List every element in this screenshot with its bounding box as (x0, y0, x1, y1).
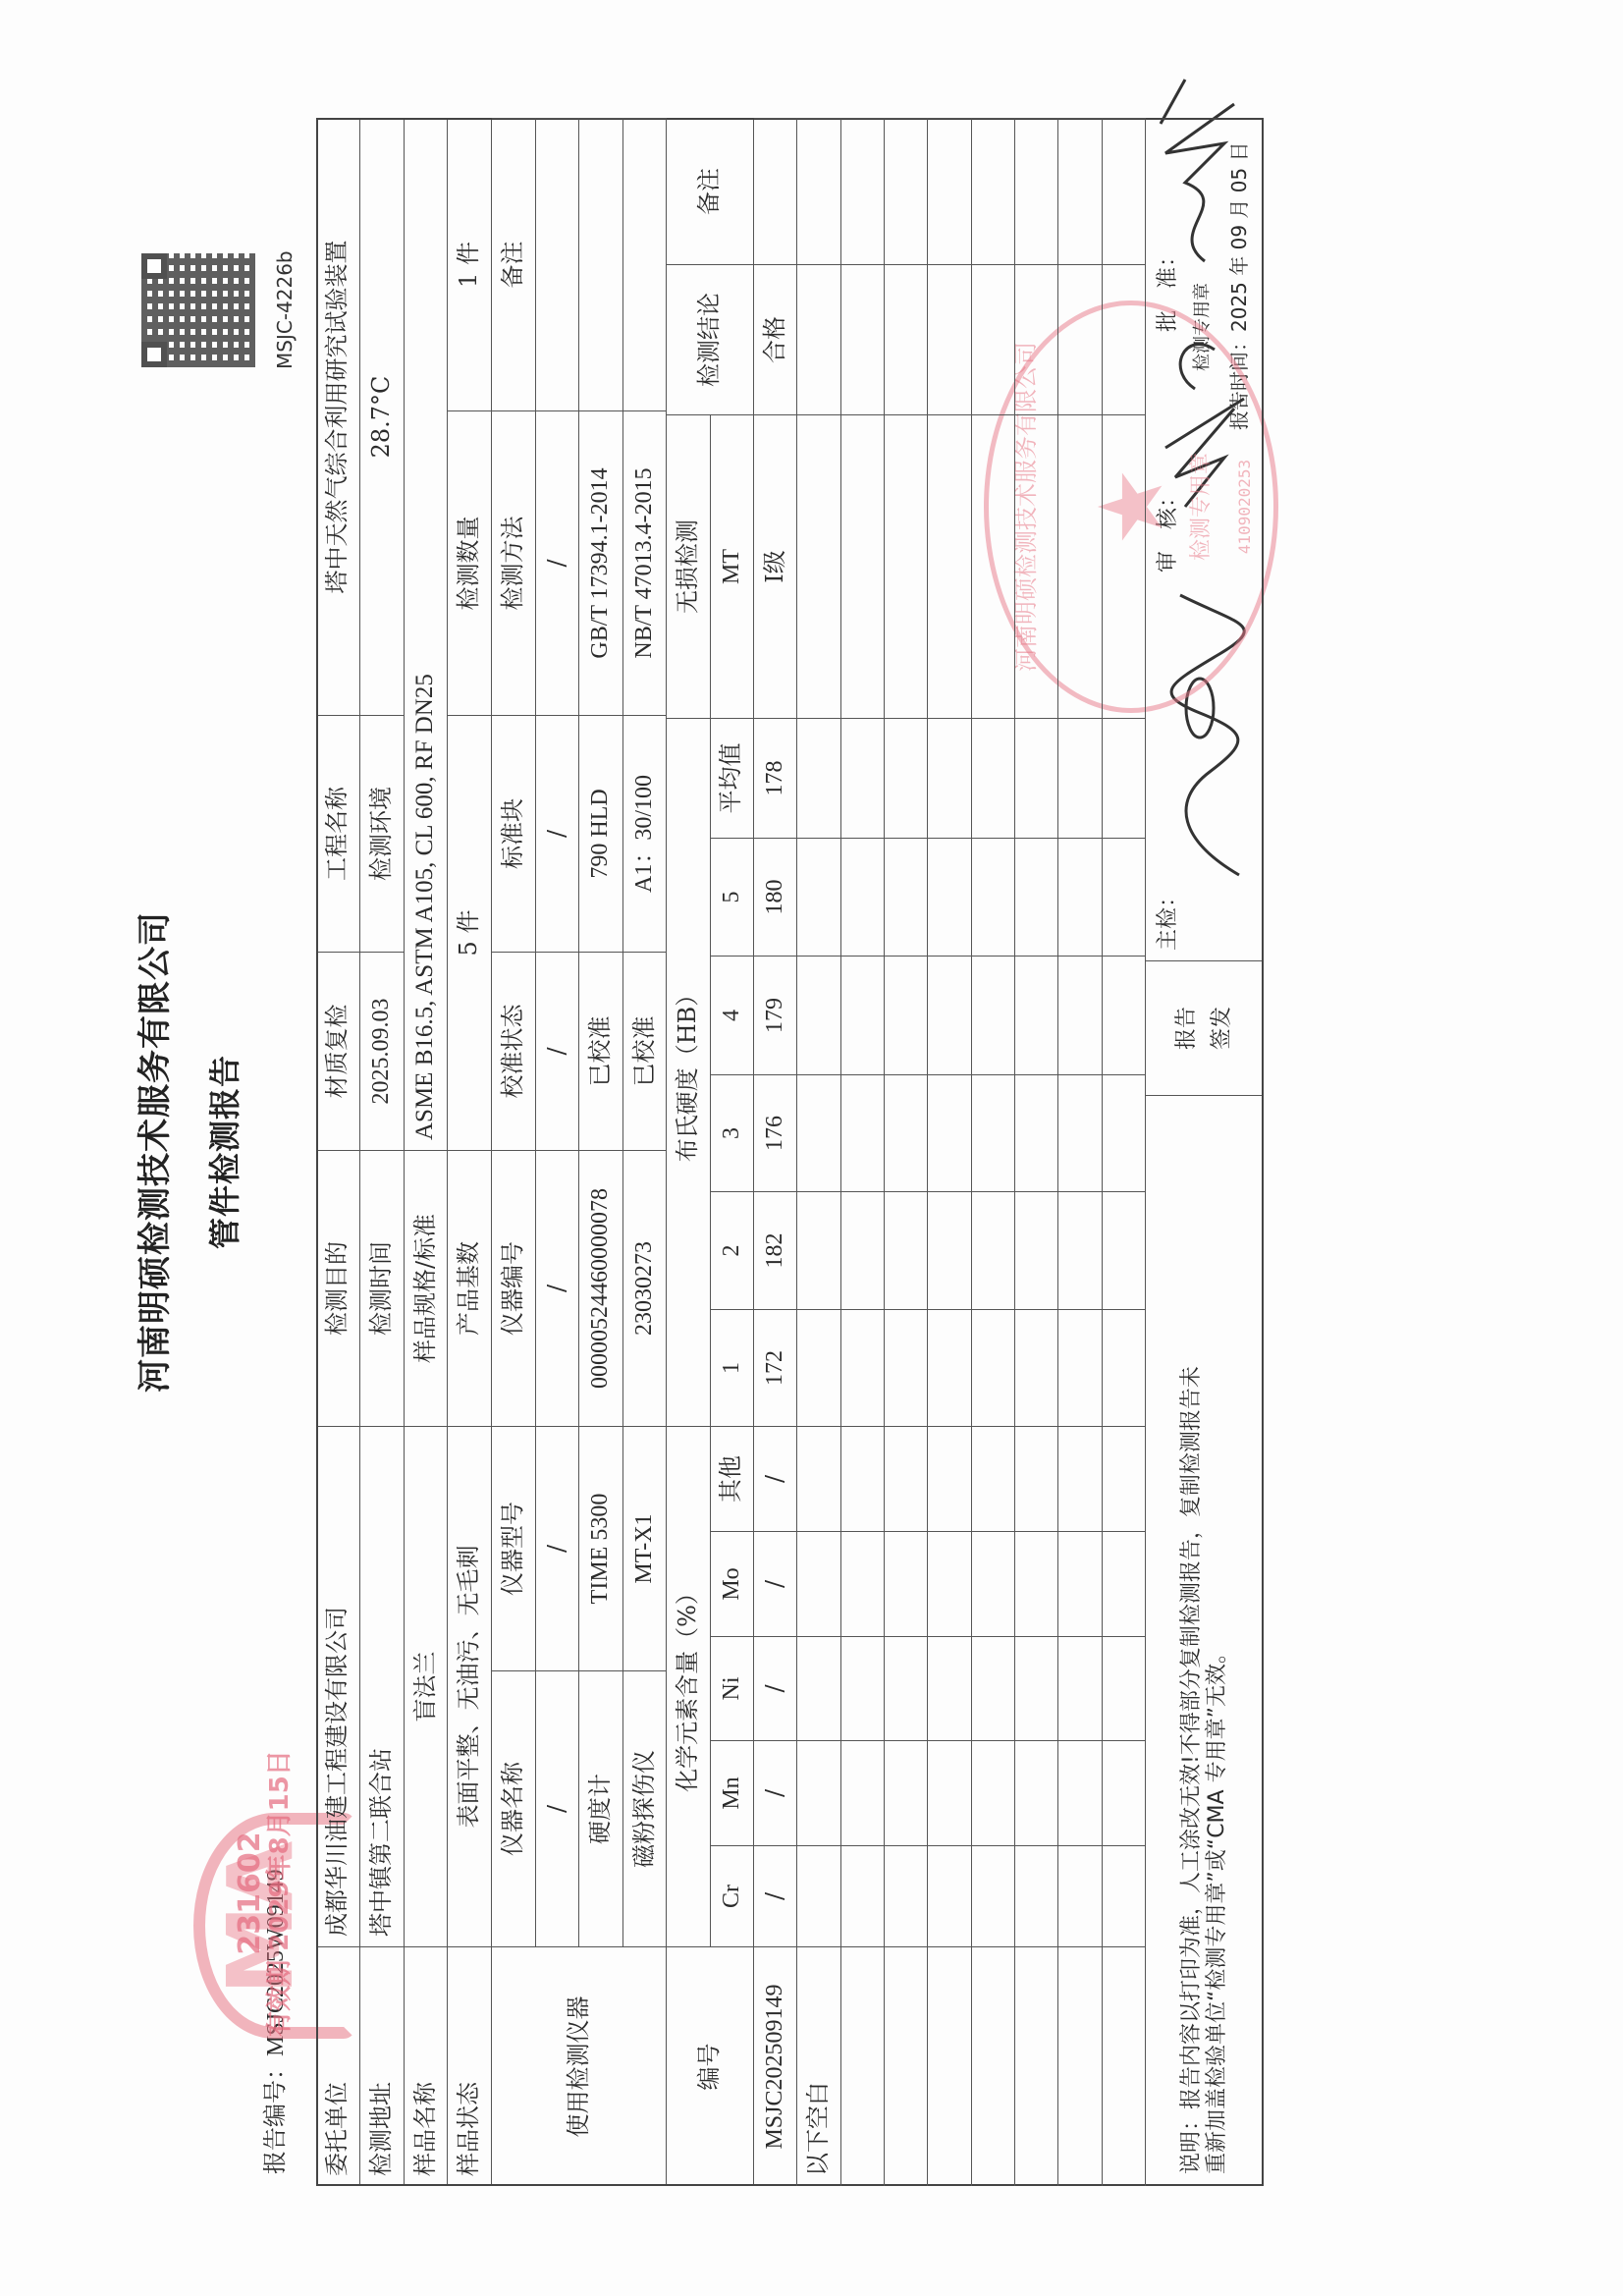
empty-row-cell (841, 1845, 885, 1946)
result-cell: MSJC202509149 (754, 1946, 797, 2186)
cma-stamp-text: 231602 有效期 2029年8月15日 (234, 1736, 295, 2050)
empty-row-cell (1103, 1309, 1146, 1426)
result-cell: 176 (754, 1074, 797, 1191)
empty-row-cell (1015, 956, 1058, 1074)
report-number-label: 报告编号： (261, 2056, 289, 2174)
spec-value: ASME B16.5, ASTM A105, CL 600, RF DN25 (405, 118, 448, 1150)
empty-row-cell (1058, 118, 1103, 264)
empty-row-cell (841, 838, 885, 956)
cma-number: 231602 (234, 1736, 266, 2050)
blank-note-row-cell (797, 838, 841, 956)
instrument-cell: NB/T 47013.4-2015 (623, 410, 667, 715)
result-cell: / (754, 1740, 797, 1845)
empty-row-cell (1103, 838, 1146, 956)
empty-row-cell (1015, 264, 1058, 414)
quantity-label: 检测数量 (448, 410, 492, 715)
empty-row-cell (972, 1740, 1015, 1845)
hardness-col-header: 1 (711, 1309, 754, 1426)
instrument-header: 仪器名称 (492, 1670, 536, 1946)
project-label: 工程名称 (316, 715, 360, 952)
empty-row-cell (972, 1426, 1015, 1531)
empty-row-cell (972, 1309, 1015, 1426)
instrument-header: 标准块 (492, 715, 536, 952)
report-document: 河南明硕检测技术服务有限公司 管件检测报告 报告编号：MSJC2025W0914… (316, 118, 1264, 2186)
instrument-cell (536, 118, 579, 410)
empty-row-cell (972, 414, 1015, 718)
result-cell (754, 118, 797, 264)
blank-note-row-cell (797, 1845, 841, 1946)
empty-row-cell (841, 1426, 885, 1531)
empty-row-cell (928, 1191, 972, 1309)
chem-col-header: 其他 (711, 1426, 754, 1531)
empty-row-cell (972, 1845, 1015, 1946)
empty-row-cell (1058, 1946, 1103, 2186)
empty-row-cell (928, 264, 972, 414)
empty-row-cell (1058, 838, 1103, 956)
instrument-cell: GB/T 17394.1-2014 (579, 410, 623, 715)
result-cell: / (754, 1636, 797, 1740)
result-cell: / (754, 1845, 797, 1946)
hardness-col-header: 平均值 (711, 718, 754, 838)
client-value: 成都华川油建工程建设有限公司 (316, 1426, 360, 1946)
blank-note-row-cell (797, 1074, 841, 1191)
spec-label: 样品规格/标准 (405, 1150, 448, 1426)
empty-row-cell (1103, 956, 1146, 1074)
instrument-cell: A1：30/100 (623, 715, 667, 952)
cma-validity: 有效期 2029年8月15日 (266, 1736, 295, 2050)
result-cell: / (754, 1531, 797, 1636)
empty-row-cell (841, 1531, 885, 1636)
empty-row-cell (972, 264, 1015, 414)
empty-row-cell (928, 1426, 972, 1531)
purpose-value: 材质复检 (316, 952, 360, 1150)
result-cell: 182 (754, 1191, 797, 1309)
empty-row-cell (1103, 1426, 1146, 1531)
empty-row-cell (1058, 1074, 1103, 1191)
empty-row-cell (1015, 118, 1058, 264)
empty-row-cell (1015, 1074, 1058, 1191)
result-cell: 172 (754, 1309, 797, 1426)
instrument-cell (623, 118, 667, 410)
empty-row-cell (928, 1946, 972, 2186)
instrument-cell: 00000524460000078 (579, 1150, 623, 1426)
instrument-cell: 已校准 (579, 952, 623, 1150)
result-cell: 178 (754, 718, 797, 838)
project-value: 塔中天然气综合利用研究试验装置 (316, 118, 360, 715)
instrument-header: 校准状态 (492, 952, 536, 1150)
empty-row-cell (1103, 118, 1146, 264)
blank-note-row-cell (797, 414, 841, 718)
blank-note-row-cell (797, 956, 841, 1074)
empty-row-cell (1103, 718, 1146, 838)
empty-row-cell (841, 956, 885, 1074)
instrument-header: 检测方法 (492, 410, 536, 715)
environment-value: 28.7°C (360, 118, 405, 715)
hardness-col-header: 5 (711, 838, 754, 956)
empty-row-cell (1015, 838, 1058, 956)
empty-row-cell (841, 1636, 885, 1740)
blank-note-row-cell (797, 718, 841, 838)
result-cell: I级 (754, 414, 797, 718)
empty-row-cell (928, 718, 972, 838)
empty-row-cell (1058, 1426, 1103, 1531)
sample-state-value: 表面平整、无油污、无毛刺 (448, 1426, 492, 1946)
instrument-cell: 790 HLD (579, 715, 623, 952)
blank-note-row-cell (797, 1426, 841, 1531)
empty-row-cell (1103, 1740, 1146, 1845)
ndt-header: 无损检测 (667, 414, 711, 718)
empty-row-cell (1015, 1845, 1058, 1946)
approver-signature (1146, 75, 1254, 271)
empty-row-cell (928, 414, 972, 718)
notes: 说明：报告内容以打印为准，人工涂改无效!不得部分复制检测报告，复制检测报告未 重… (1146, 1095, 1264, 2186)
product-base-value: 5 件 (448, 715, 492, 1150)
result-cell: / (754, 1426, 797, 1531)
empty-row-cell (841, 118, 885, 264)
result-cell: 179 (754, 956, 797, 1074)
empty-row-cell (1103, 1531, 1146, 1636)
instrument-cell: MT-X1 (623, 1426, 667, 1670)
empty-row-cell (1058, 956, 1103, 1074)
product-base-label: 产品基数 (448, 1150, 492, 1426)
empty-row-cell (972, 1074, 1015, 1191)
empty-row-cell (885, 1740, 928, 1845)
notes-line-2: 重新加盖检验单位“检测专用章”或“CMA 专用章”无效。 (1205, 1642, 1229, 2174)
instrument-cell: / (536, 1150, 579, 1426)
empty-row-cell (1015, 1191, 1058, 1309)
report-sign-label: 报告 签发 (1146, 960, 1264, 1095)
empty-row-cell (841, 1191, 885, 1309)
hardness-col-header: 2 (711, 1191, 754, 1309)
empty-row-cell (928, 1845, 972, 1946)
sample-name-value: 盲法兰 (405, 1426, 448, 1946)
time-label: 检测时间 (360, 1150, 405, 1426)
empty-row-cell (1103, 1074, 1146, 1191)
environment-label: 检测环境 (360, 715, 405, 952)
empty-row-cell (928, 1636, 972, 1740)
sample-name-label: 样品名称 (405, 1946, 448, 2186)
empty-row-cell (841, 718, 885, 838)
seal-code: 4109020253 (1235, 305, 1254, 708)
empty-row-cell (1103, 1636, 1146, 1740)
empty-row-cell (1015, 1531, 1058, 1636)
empty-row-cell (972, 118, 1015, 264)
blank-note-row-cell (797, 1191, 841, 1309)
empty-row-cell (885, 264, 928, 414)
empty-row-cell (885, 838, 928, 956)
empty-row-cell (841, 414, 885, 718)
empty-row-cell (841, 1946, 885, 2186)
sample-state-label: 样品状态 (448, 1946, 492, 2186)
empty-row-cell (928, 1074, 972, 1191)
hardness-col-header: 3 (711, 1074, 754, 1191)
empty-row-cell (885, 1845, 928, 1946)
empty-row-cell (928, 956, 972, 1074)
instrument-header: 仪器型号 (492, 1426, 536, 1670)
empty-row-cell (885, 118, 928, 264)
blank-note-row-cell (797, 1531, 841, 1636)
empty-row-cell (1058, 414, 1103, 718)
empty-row-cell (1015, 414, 1058, 718)
empty-row-cell (972, 956, 1015, 1074)
empty-row-cell (1058, 1531, 1103, 1636)
empty-row-cell (1103, 264, 1146, 414)
quantity-value: 1 件 (448, 118, 492, 410)
instrument-cell: TIME 5300 (579, 1426, 623, 1670)
blank-note-row-cell (797, 1636, 841, 1740)
address-value: 塔中镇第二联合站 (360, 1426, 405, 1946)
empty-row-cell (885, 1074, 928, 1191)
empty-row-cell (1058, 1309, 1103, 1426)
empty-row-cell (1058, 1191, 1103, 1309)
empty-row-cell (1103, 414, 1146, 718)
time-value: 2025.09.03 (360, 952, 405, 1150)
empty-row-cell (972, 1531, 1015, 1636)
seal-text: 检测专用章 (1184, 305, 1215, 708)
chem-col-header: Mo (711, 1531, 754, 1636)
empty-row-cell (1058, 1845, 1103, 1946)
result-cell: 180 (754, 838, 797, 956)
empty-row-cell (885, 1636, 928, 1740)
instrument-cell: / (536, 952, 579, 1150)
instrument-header: 备注 (492, 118, 536, 410)
empty-row-cell (928, 118, 972, 264)
hardness-header: 布氏硬度（HB） (667, 718, 711, 1426)
empty-row-cell (972, 1946, 1015, 2186)
empty-row-cell (1103, 1191, 1146, 1309)
empty-row-cell (928, 838, 972, 956)
empty-row-cell (841, 1309, 885, 1426)
empty-row-cell (885, 1309, 928, 1426)
empty-row-cell (928, 1309, 972, 1426)
chem-col-header: Cr (711, 1845, 754, 1946)
empty-row-cell (841, 264, 885, 414)
qr-code-icon (141, 253, 255, 367)
empty-row-cell (1015, 1309, 1058, 1426)
empty-row-cell (928, 1531, 972, 1636)
empty-row-cell (885, 414, 928, 718)
address-label: 检测地址 (360, 1946, 405, 2186)
empty-row-cell (885, 1191, 928, 1309)
id-header: 编号 (667, 1946, 754, 2186)
instrument-cell: / (536, 1670, 579, 1946)
instrument-cell: / (536, 715, 579, 952)
result-cell: 合格 (754, 264, 797, 414)
instrument-cell: 磁粉探伤仪 (623, 1670, 667, 1946)
blank-note-row-cell (797, 1740, 841, 1845)
empty-row-cell (885, 956, 928, 1074)
empty-row-cell (1103, 1845, 1146, 1946)
empty-row-cell (972, 1636, 1015, 1740)
empty-row-cell (1015, 718, 1058, 838)
instrument-cell: 硬度计 (579, 1670, 623, 1946)
instrument-cell: / (536, 410, 579, 715)
instruments-label: 使用检测仪器 (492, 1946, 667, 2186)
empty-row-cell (1058, 1740, 1103, 1845)
instrument-cell (579, 118, 623, 410)
empty-row-cell (928, 1740, 972, 1845)
remark-header: 备注 (667, 118, 754, 264)
blank-note-row-cell (797, 264, 841, 414)
empty-row-cell (885, 1531, 928, 1636)
empty-row-cell (1058, 264, 1103, 414)
blank-note-row-cell (797, 1309, 841, 1426)
blank-note-row-cell (797, 118, 841, 264)
empty-row-cell (885, 718, 928, 838)
empty-row-cell (841, 1074, 885, 1191)
empty-row-cell (885, 1426, 928, 1531)
ndt-col-header: MT (711, 414, 754, 718)
instrument-cell: 已校准 (623, 952, 667, 1150)
empty-row-cell (972, 1191, 1015, 1309)
empty-row-cell (972, 718, 1015, 838)
document-code: MSJC-4226b (273, 250, 297, 369)
instrument-cell: / (536, 1426, 579, 1670)
chem-header: 化学元素含量（%） (667, 1426, 711, 1946)
empty-row-cell (885, 1946, 928, 2186)
chem-col-header: Ni (711, 1636, 754, 1740)
empty-row-cell (1058, 718, 1103, 838)
client-label: 委托单位 (316, 1946, 360, 2186)
empty-row-cell (1015, 1636, 1058, 1740)
blank-note-row-cell: 以下空白 (797, 1946, 841, 2186)
empty-row-cell (972, 838, 1015, 956)
conclusion-header: 检测结论 (667, 264, 754, 414)
chem-col-header: Mn (711, 1740, 754, 1845)
purpose-label: 检测目的 (316, 1150, 360, 1426)
company-name: 河南明硕检测技术服务有限公司 (128, 118, 167, 2186)
instrument-header: 仪器编号 (492, 1150, 536, 1426)
empty-row-cell (841, 1740, 885, 1845)
empty-row-cell (1103, 1946, 1146, 2186)
inspector-label: 主检： (1156, 886, 1180, 951)
hardness-col-header: 4 (711, 956, 754, 1074)
empty-row-cell (1058, 1636, 1103, 1740)
empty-row-cell (1015, 1740, 1058, 1845)
notes-line-1: 说明：报告内容以打印为准，人工涂改无效!不得部分复制检测报告，复制检测报告未 (1179, 1366, 1204, 2174)
empty-row-cell (1015, 1946, 1058, 2186)
empty-row-cell (1015, 1426, 1058, 1531)
instrument-cell: 23030273 (623, 1150, 667, 1426)
